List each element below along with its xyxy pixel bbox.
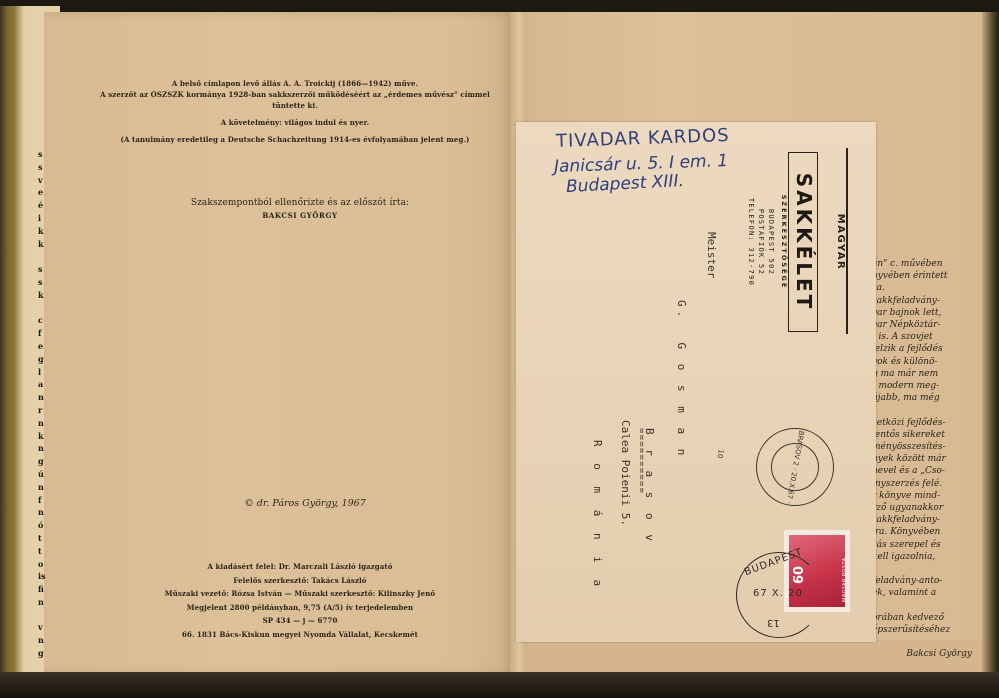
margin-letter: n (38, 391, 48, 404)
stamp-country: MAGYAR POSTA (842, 557, 848, 602)
sender-address-line: BUDAPEST 502 (766, 152, 776, 332)
reviewer-credit: Szakszempontból ellenőrizte és az előszó… (120, 196, 480, 221)
text-line: orában kedvező (872, 612, 982, 624)
text-line: t modern meg- (872, 380, 982, 392)
imprint-line: (A tanulmány eredetileg a Deutsche Schac… (90, 134, 500, 145)
text-line: t is. A szovjet (872, 331, 982, 343)
text-line: ményösszesítés- (872, 441, 982, 453)
margin-letter: s (38, 263, 48, 276)
margin-letter: r (38, 404, 48, 417)
text-line (872, 404, 982, 416)
margin-letter: ó (38, 519, 48, 532)
postmark-code: 13 (767, 617, 780, 628)
margin-letter: n (38, 481, 48, 494)
text-line: nevel és a „Cso- (872, 465, 982, 477)
divider-rule (846, 148, 848, 334)
margin-letter: s (38, 161, 48, 174)
margin-letter: n (38, 442, 48, 455)
scan-bottom-border (0, 672, 999, 698)
margin-letter: k (38, 430, 48, 443)
text-line: jelzik a fejlődés (872, 343, 982, 355)
text-line: íra. Könyvében (872, 526, 982, 538)
margin-letter: v (38, 174, 48, 187)
margin-letter: a (38, 378, 48, 391)
margin-letter: l (38, 366, 48, 379)
sender-subtitle: SZERKESZTŐSÉGE (780, 152, 788, 332)
text-line: yar Népköztár- (872, 319, 982, 331)
margin-letter (38, 302, 48, 315)
right-page-edge (982, 12, 999, 698)
imprint-line: A szerzőt az OSZSZK kormánya 1928-ban sa… (90, 89, 500, 100)
printed-sender-block: MAGYAR SAKKÉLET SZERKESZTŐSÉGE BUDAPEST … (740, 152, 850, 332)
colophon-line: Műszaki vezető: Rózsa István — Műszaki s… (110, 587, 490, 601)
margin-letter: is (38, 570, 48, 583)
copyright-notice: © dr. Páros György, 1967 (180, 498, 430, 509)
margin-letter: n (38, 596, 48, 609)
sender-address-line: POSTAFIÓK 52 (756, 152, 766, 332)
sender-address-line: TELEFON: 312-790 (746, 152, 756, 332)
recipient-name: G. G o s m a n (675, 300, 688, 459)
text-line: ínyszerzés felé. (872, 478, 982, 490)
text-line: zás szerepel és (872, 539, 982, 551)
text-line (872, 600, 982, 612)
imprint-line: tüntette ki. (90, 100, 500, 111)
text-line: án" c. művében (872, 258, 982, 270)
margin-letter: n (38, 634, 48, 647)
margin-letter: v (38, 621, 48, 634)
margin-letter: g (38, 647, 48, 660)
text-line: ek, valamint a (872, 587, 982, 599)
colophon-line: SP 434 — j — 6770 (110, 614, 490, 628)
recipient-city-underline: ========== (636, 428, 646, 494)
margin-letter (38, 609, 48, 622)
margin-letter: n (38, 506, 48, 519)
margin-letter: g (38, 353, 48, 366)
colophon-line: 66. 1831 Bács-Kiskun megyei Nyomda Válla… (110, 628, 490, 642)
margin-letter: g (38, 455, 48, 468)
margin-letter: e (38, 186, 48, 199)
right-page-text-column: án" c. művébennyvében érintettsa. sakkfe… (872, 258, 982, 661)
margin-letter: f (38, 327, 48, 340)
text-line: újabb, ma még (872, 392, 982, 404)
margin-letter: o (38, 558, 48, 571)
margin-letter: s (38, 148, 48, 161)
recipient-street: Calea Poienii 5. (619, 420, 632, 526)
colophon-line: Felelős szerkesztő: Takács László (110, 574, 490, 588)
imprint-notes: A belső címlapon levő állás A. A. Troick… (90, 78, 500, 145)
margin-letter: k (38, 238, 48, 251)
text-line (872, 563, 982, 575)
margin-letter: k (38, 225, 48, 238)
text-line: kell igazolnia, (872, 551, 982, 563)
margin-letter: s (38, 276, 48, 289)
reviewer-name: BAKCSI GYÖRGY (120, 210, 480, 221)
reviewer-line: Szakszempontból ellenőrizte és az előszó… (120, 196, 480, 210)
margin-letter: t (38, 545, 48, 558)
imprint-line: A követelmény: világos indul és nyer. (90, 117, 500, 128)
margin-letter: f (38, 494, 48, 507)
text-line: sakkfeladvány- (872, 295, 982, 307)
text-line: yar bajnok lett, (872, 307, 982, 319)
text-line: sa. (872, 282, 982, 294)
margin-letter: e (38, 340, 48, 353)
margin-letter: é (38, 199, 48, 212)
colophon-line: A kiadásért felel: Dr. Marczali László i… (110, 560, 490, 574)
margin-letter: k (38, 289, 48, 302)
text-line: nyek között már (872, 453, 982, 465)
colophon-line: Megjelent 2800 példányban, 9,75 (A/5) ív… (110, 601, 490, 615)
margin-letter (38, 250, 48, 263)
margin-letter: fi (38, 583, 48, 596)
postmark-brasov: BRASOV 2 · 20.X.67 · 10 (756, 428, 834, 506)
colophon: A kiadásért felel: Dr. Marczali László i… (110, 560, 490, 641)
text-line: yok és különö- (872, 356, 982, 368)
recipient-salutation: Meister (705, 232, 718, 278)
postmark-budapest: BUDAPEST 67 X. 20 13 (736, 552, 822, 638)
sender-title: SAKKÉLET (790, 152, 818, 332)
margin-letter: i (38, 212, 48, 225)
margin-letter: ú (38, 468, 48, 481)
sender-line1: MAGYAR (835, 152, 846, 332)
margin-letter: c (38, 314, 48, 327)
margin-letter: n (38, 417, 48, 430)
text-line: sakkfeladvány- (872, 514, 982, 526)
text-line: g ma már nem (872, 368, 982, 380)
margin-letter: t (38, 532, 48, 545)
text-line: lentős sikereket (872, 429, 982, 441)
text-line: feladvány-anto- (872, 575, 982, 587)
recipient-country: R o m á n i a (591, 440, 604, 591)
text-line: nyvében érintett (872, 270, 982, 282)
underlying-page-margin-letters: ssveéikksskcfeglanrnkngúnfnóttoisfinvng (38, 148, 48, 660)
text-line: rző ugyanakkor (872, 502, 982, 514)
postmark-date: 67 X. 20 (753, 588, 803, 599)
text-line: zetközi fejlődés- (872, 417, 982, 429)
signature: Bakcsi György (872, 648, 982, 660)
imprint-line: A belső címlapon levő állás A. A. Troick… (90, 78, 500, 89)
sender-address: BUDAPEST 502 POSTAFIÓK 52 TELEFON: 312-7… (746, 152, 776, 332)
text-line: r könyve mind- (872, 490, 982, 502)
text-line: épszerűsítéséhez (872, 624, 982, 636)
text-line (872, 636, 982, 648)
